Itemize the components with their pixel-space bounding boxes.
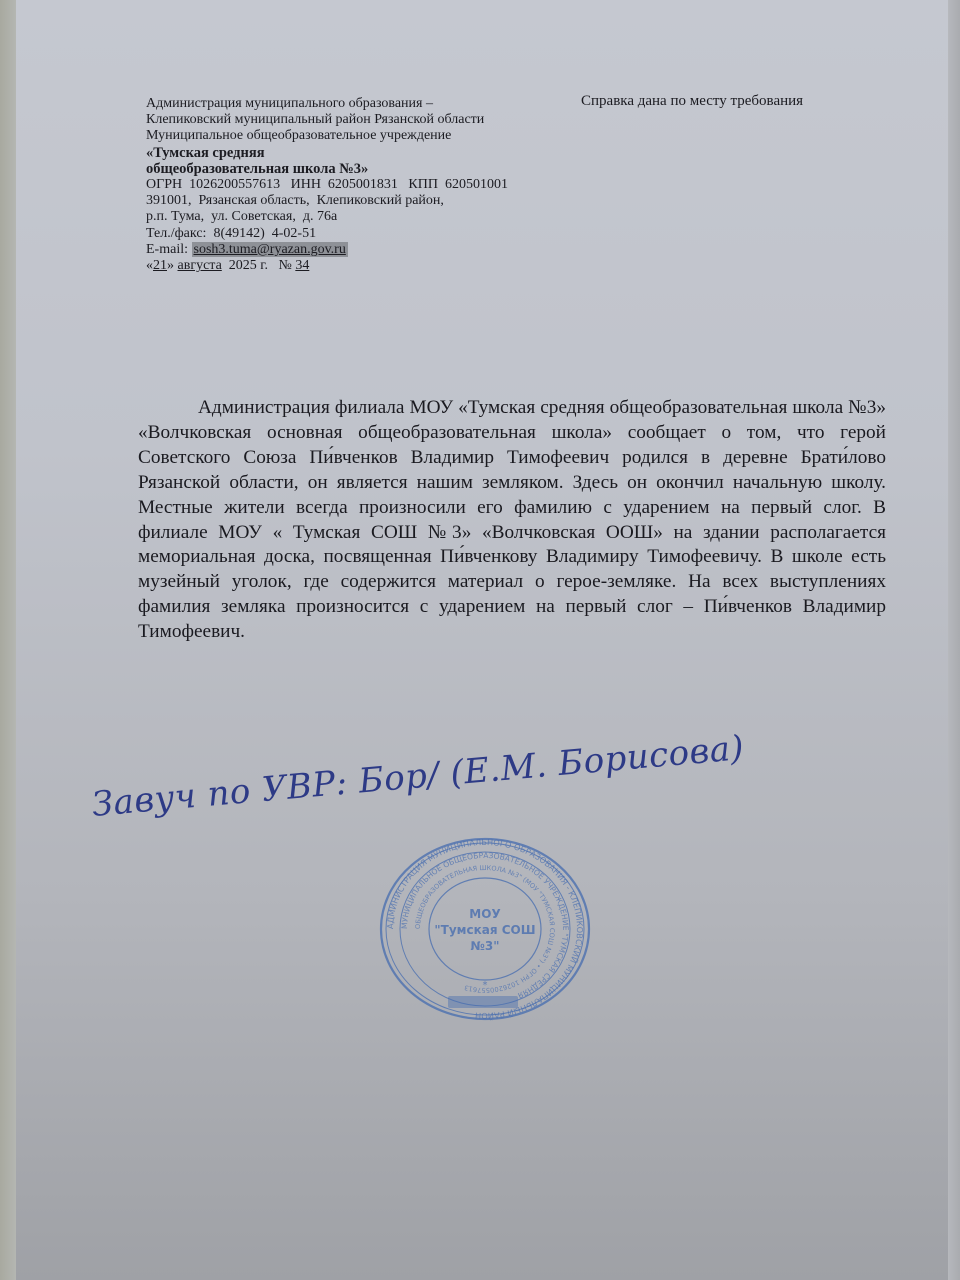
- letterhead-school-name-1: «Тумская средняя: [146, 145, 566, 161]
- svg-text:МОУ: МОУ: [469, 907, 500, 921]
- certificate-body-paragraph: Администрация филиала МОУ «Тумская средн…: [138, 396, 886, 645]
- stamp-seal-icon: АДМИНИСТРАЦИЯ МУНИЦИПАЛЬНОГО ОБРАЗОВАНИЯ…: [376, 836, 594, 1022]
- letterhead-line-institution-type: Муниципальное общеобразовательное учрежд…: [146, 128, 566, 144]
- letter-number: 34: [295, 258, 309, 273]
- certificate-purpose-note: Справка дана по месту требования: [581, 93, 803, 110]
- letterhead-email-row: E-mail: sosh3.tuma@ryazan.gov.ru: [146, 242, 566, 258]
- letterhead-phone: Тел./факс: 8(49142) 4-02-51: [146, 226, 566, 242]
- letterhead-address-1: 391001, Рязанская область, Клепиковский …: [146, 193, 566, 209]
- official-stamp: АДМИНИСТРАЦИЯ МУНИЦИПАЛЬНОГО ОБРАЗОВАНИЯ…: [376, 836, 594, 1022]
- email-link[interactable]: sosh3.tuma@ryazan.gov.ru: [192, 242, 348, 257]
- date-month: августа: [178, 258, 222, 273]
- date-close-quote: »: [167, 258, 174, 273]
- letterhead-address-2: р.п. Тума, ул. Советская, д. 76а: [146, 209, 566, 225]
- number-label: №: [278, 258, 291, 273]
- background-edge-left: [0, 0, 16, 1280]
- email-label: E-mail:: [146, 242, 188, 257]
- letter-date-number: «21» августа 2025 г. № 34: [146, 258, 566, 274]
- letterhead-registration-codes: ОГРН 1026200557613 ИНН 6205001831 КПП 62…: [146, 177, 566, 193]
- svg-text:№3": №3": [470, 939, 499, 953]
- letterhead-line-district: Клепиковский муниципальный район Рязанск…: [146, 112, 566, 128]
- letterhead: Администрация муниципального образования…: [146, 96, 566, 274]
- letterhead-school-name-2: общеобразовательная школа №3»: [146, 161, 566, 177]
- background-edge-right: [948, 0, 960, 1280]
- svg-text:"Тумская СОШ: "Тумская СОШ: [434, 923, 535, 937]
- date-open-quote: «: [146, 258, 153, 273]
- date-year: 2025 г.: [229, 258, 268, 273]
- svg-text:*: *: [483, 980, 488, 991]
- date-day: 21: [153, 258, 167, 273]
- letterhead-line-admin: Администрация муниципального образования…: [146, 96, 566, 112]
